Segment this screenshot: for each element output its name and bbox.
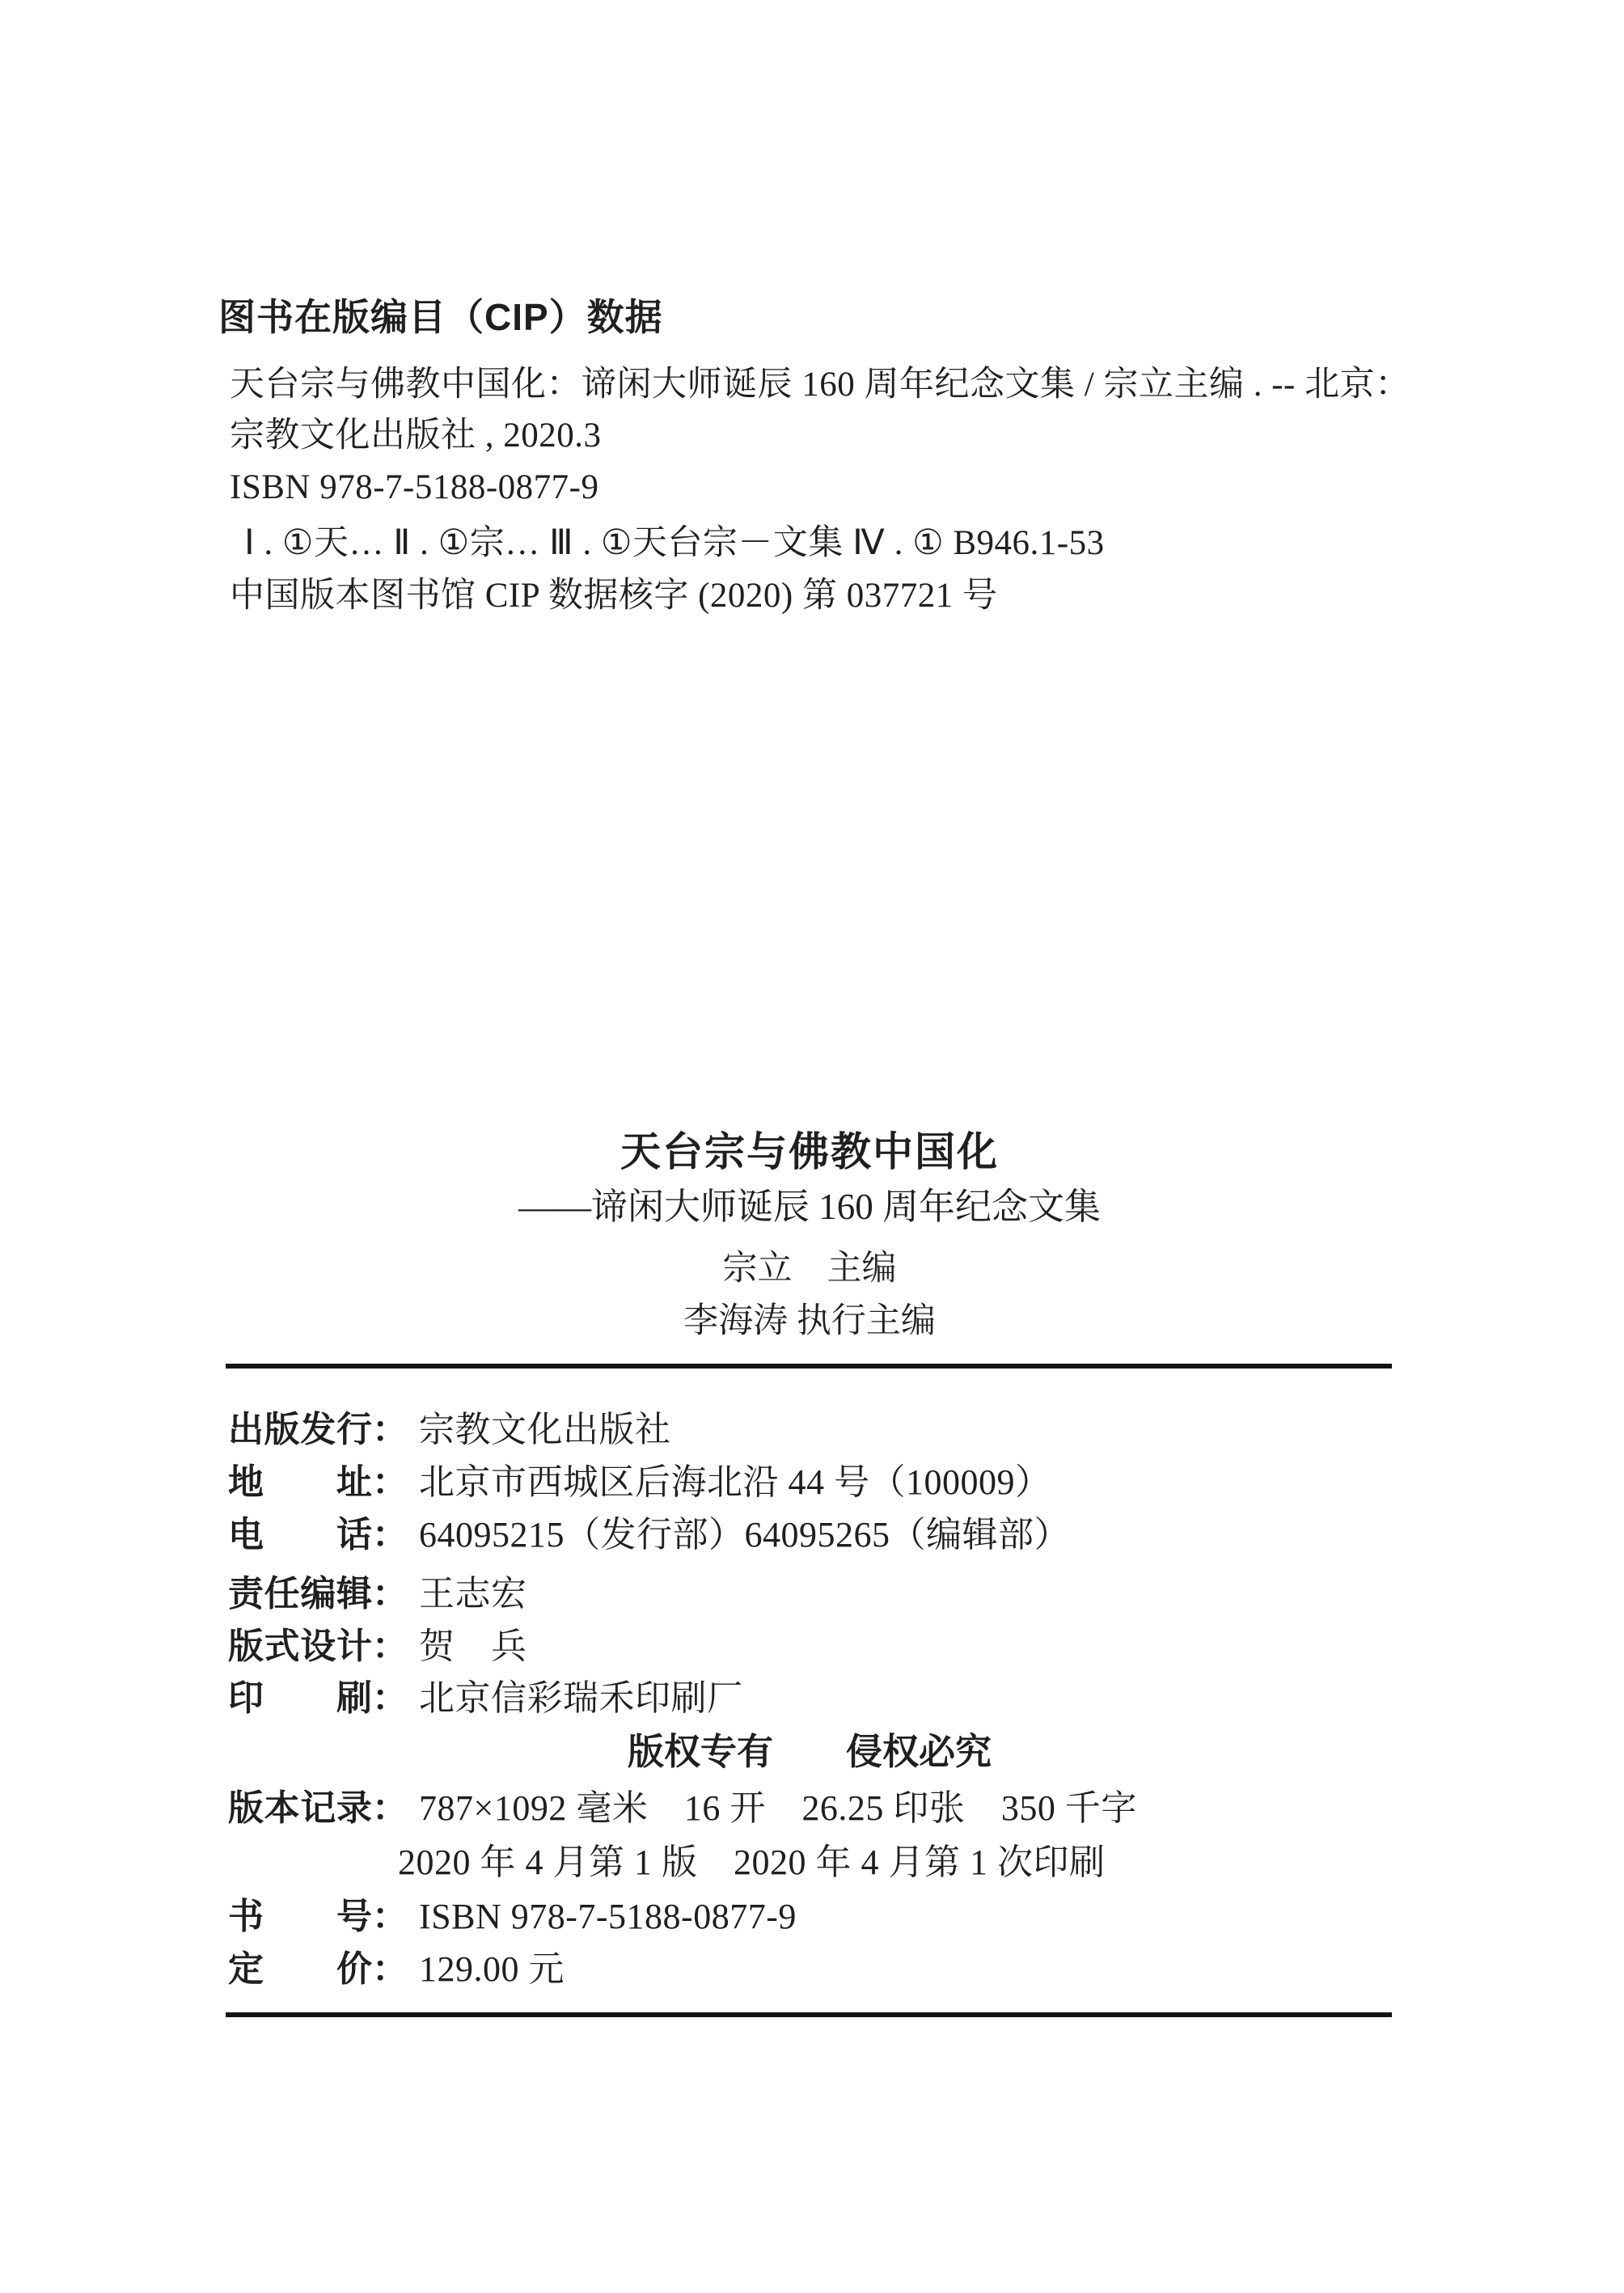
row-value: 北京信彩瑞禾印刷厂 [419, 1669, 743, 1720]
colophon-row-publisher: 出版发行：宗教文化出版社 [228, 1400, 1391, 1452]
row-label: 出版发行 [228, 1400, 372, 1452]
colophon-row-book-number: 书号：ISBN 978-7-5188-0877-9 [228, 1887, 1391, 1939]
colophon-row-edition-record-continued: 2020 年 4 月第 1 版 2020 年 4 月第 1 次印刷 [228, 1833, 1561, 1885]
row-label: 定价 [228, 1940, 372, 1991]
copyright-notice: 版权专有 侵权必究 [228, 1722, 1391, 1775]
row-colon: ： [372, 1940, 408, 1991]
cip-isbn-line: ISBN 978-7-5188-0877-9 [230, 468, 599, 507]
divider-rule-bottom [226, 2012, 1392, 2017]
colophon-row-editor: 责任编辑：王志宏 [228, 1564, 1391, 1616]
cip-record-number-line: 中国版本图书馆 CIP 数据核字 (2020) 第 037721 号 [230, 577, 997, 616]
row-value: 787×1092 毫米 16 开 26.25 印张 350 千字 [419, 1779, 1137, 1830]
colophon-row-layout-design: 版式设计：贺 兵 [228, 1617, 1391, 1669]
colophon-row-phone: 电话：64095215（发行部）64095265（编辑部） [228, 1505, 1391, 1557]
row-label: 印刷 [228, 1669, 372, 1720]
colophon-row-printer: 印刷：北京信彩瑞禾印刷厂 [228, 1669, 1391, 1720]
cip-heading: 图书在版编目（CIP）数据 [218, 288, 663, 341]
row-value: 129.00 元 [419, 1940, 565, 1991]
book-title: 天台宗与佛教中国化 [228, 1119, 1391, 1178]
row-label: 地址 [228, 1453, 372, 1504]
colophon-row-edition-record: 版本记录：787×1092 毫米 16 开 26.25 印张 350 千字 [228, 1779, 1391, 1830]
copyright-page: 图书在版编目（CIP）数据 天台宗与佛教中国化：谛闲大师诞辰 160 周年纪念文… [0, 0, 1624, 2293]
executive-editor-line: 李海涛 执行主编 [228, 1293, 1391, 1343]
row-label: 版式设计 [228, 1617, 372, 1669]
row-value: 北京市西城区后海北沿 44 号（100009） [419, 1453, 1051, 1504]
chief-editor-line: 宗立 主编 [228, 1241, 1391, 1290]
divider-rule-top [226, 1364, 1392, 1369]
book-subtitle: ——谛闲大师诞辰 160 周年纪念文集 [228, 1177, 1391, 1229]
row-label: 电话 [228, 1505, 372, 1557]
row-value: 宗教文化出版社 [419, 1400, 671, 1452]
row-colon: ： [372, 1669, 408, 1720]
row-colon: ： [372, 1564, 408, 1616]
colophon-row-price: 定价：129.00 元 [228, 1940, 1391, 1991]
row-value: 贺 兵 [419, 1617, 527, 1669]
row-colon: ： [372, 1400, 408, 1452]
row-value: ISBN 978-7-5188-0877-9 [419, 1896, 797, 1937]
row-colon: ： [372, 1779, 408, 1830]
cip-publisher-line: 宗教文化出版社 , 2020.3 [230, 417, 602, 455]
row-label: 责任编辑 [228, 1564, 372, 1616]
colophon-row-address: 地址：北京市西城区后海北沿 44 号（100009） [228, 1453, 1391, 1504]
cip-classification-line: Ⅰ . ①天… Ⅱ . ①宗… Ⅲ . ①天台宗－文集 Ⅳ . ① B946.1… [244, 524, 1105, 563]
row-value: 64095215（发行部）64095265（编辑部） [419, 1505, 1070, 1557]
row-label: 书号 [228, 1887, 372, 1939]
row-value: 王志宏 [419, 1564, 527, 1616]
row-colon: ： [372, 1887, 408, 1939]
row-colon: ： [372, 1617, 408, 1669]
cip-title-line: 天台宗与佛教中国化：谛闲大师诞辰 160 周年纪念文集 / 宗立主编 . -- … [230, 366, 1410, 404]
row-colon: ： [372, 1505, 408, 1557]
row-value: 2020 年 4 月第 1 版 2020 年 4 月第 1 次印刷 [398, 1833, 1106, 1885]
row-colon: ： [372, 1453, 408, 1504]
row-label: 版本记录 [228, 1779, 372, 1830]
